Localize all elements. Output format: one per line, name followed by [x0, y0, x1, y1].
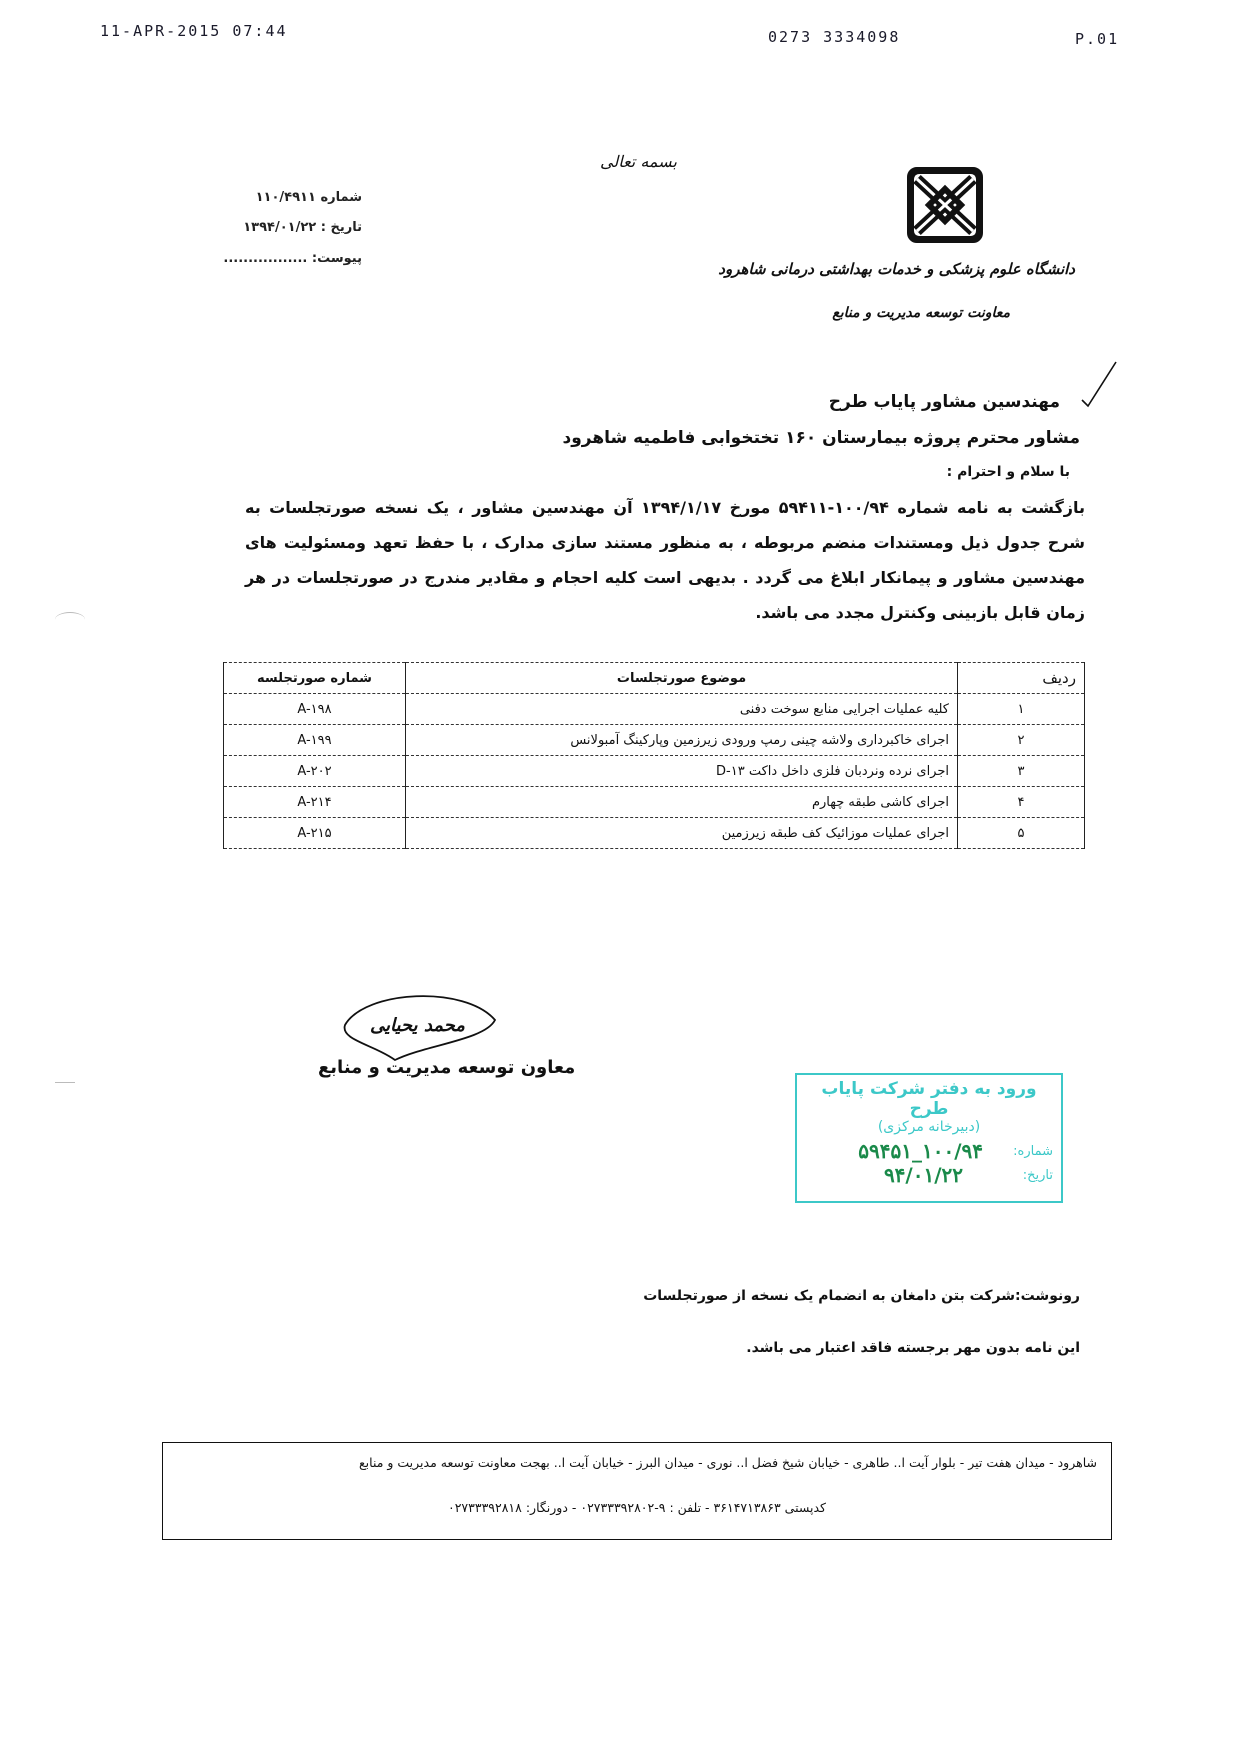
- stamp-title: ورود به دفتر شرکت پایاب طرح: [805, 1079, 1053, 1119]
- letter-date-row: تاریخ : ۱۳۹۴/۰۱/۲۲: [243, 220, 362, 235]
- fax-page-number: P.01: [1075, 30, 1119, 48]
- invocation: بسمه تعالی: [600, 152, 677, 171]
- header-index: ردیف: [958, 663, 1085, 694]
- fax-datetime: 11-APR-2015 07:44: [100, 22, 288, 40]
- received-stamp: ورود به دفتر شرکت پایاب طرح (دبیرخانه مر…: [795, 1073, 1063, 1203]
- signatory-title: معاون توسعه مدیریت و منابع: [318, 1057, 575, 1078]
- row-subject: اجرای عملیات موزائیک کف طبقه زیرزمین: [406, 818, 958, 849]
- department-name: معاونت توسعه مدیریت و منابع: [832, 305, 1010, 321]
- stamp-date-value: ۹۴/۰۱/۲۲: [884, 1163, 963, 1187]
- letter-date-value: ۱۳۹۴/۰۱/۲۲: [243, 220, 316, 235]
- check-mark-icon: [1080, 360, 1120, 410]
- attachment-label: پیوست:: [312, 251, 362, 266]
- minutes-table: ردیف موضوع صورتجلسات شماره صورتجلسه ۱ کل…: [223, 662, 1085, 849]
- table-row: ۴ اجرای کاشی طبقه چهارم A-۲۱۴: [224, 787, 1085, 818]
- body-paragraph: بازگشت به نامه شماره ۱۰۰/۹۴-۵۹۴۱۱ مورخ ۱…: [245, 490, 1085, 630]
- letter-number-label: شماره: [320, 190, 362, 205]
- greeting: با سلام و احترام :: [947, 464, 1070, 480]
- row-subject: اجرای نرده ونردبان فلزی داخل داکت D-۱۳: [406, 756, 958, 787]
- row-subject: کلیه عملیات اجرایی منابع سوخت دفنی: [406, 694, 958, 725]
- footer-address-box: شاهرود - میدان هفت تیر - بلوار آیت ا.. ط…: [162, 1442, 1112, 1540]
- letter-date-label: تاریخ :: [321, 220, 362, 235]
- table-row: ۲ اجرای خاکبرداری ولاشه چینی رمپ ورودی ز…: [224, 725, 1085, 756]
- addressee-company: مهندسین مشاور پایاب طرح: [829, 392, 1060, 412]
- table-row: ۵ اجرای عملیات موزائیک کف طبقه زیرزمین A…: [224, 818, 1085, 849]
- scan-artifact: [55, 612, 85, 627]
- addressee-project: مشاور محترم پروژه بیمارستان ۱۶۰ تختخوابی…: [563, 428, 1081, 448]
- fax-phone: 0273 3334098: [768, 28, 900, 46]
- row-number: A-۲۱۵: [224, 818, 406, 849]
- footer-contact: کدپستی ۳۶۱۴۷۱۳۸۶۳ - تلفن : ۹-۰۲۷۳۳۳۹۲۸۰۲…: [177, 1500, 1097, 1515]
- row-number: A-۲۱۴: [224, 787, 406, 818]
- attachment-value: .................: [223, 251, 307, 266]
- row-index: ۱: [958, 694, 1085, 725]
- row-subject: اجرای کاشی طبقه چهارم: [406, 787, 958, 818]
- validity-note: این نامه بدون مهر برجسته فاقد اعتبار می …: [746, 1340, 1080, 1356]
- footer-address: شاهرود - میدان هفت تیر - بلوار آیت ا.. ط…: [177, 1455, 1097, 1470]
- row-number: A-۱۹۸: [224, 694, 406, 725]
- row-number: A-۱۹۹: [224, 725, 406, 756]
- row-subject: اجرای خاکبرداری ولاشه چینی رمپ ورودی زیر…: [406, 725, 958, 756]
- table-row: ۳ اجرای نرده ونردبان فلزی داخل داکت D-۱۳…: [224, 756, 1085, 787]
- row-number: A-۲۰۲: [224, 756, 406, 787]
- scan-artifact: [55, 1082, 75, 1083]
- signature-name: محمد یحیایی: [370, 1015, 465, 1036]
- stamp-number-label: شماره:: [1003, 1144, 1053, 1159]
- stamp-number-value: ۱۰۰/۹۴_۵۹۴۵۱: [858, 1139, 983, 1163]
- row-index: ۳: [958, 756, 1085, 787]
- letter-number-value: ۱۱۰/۴۹۱۱: [256, 190, 316, 205]
- header-number: شماره صورتجلسه: [224, 663, 406, 694]
- university-knot-logo-icon: [905, 165, 985, 245]
- letter-number-row: شماره ۱۱۰/۴۹۱۱: [256, 190, 362, 205]
- row-index: ۴: [958, 787, 1085, 818]
- stamp-date-label: تاریخ:: [1003, 1168, 1053, 1183]
- cc-line: رونوشت:شرکت بتن دامغان به انضمام یک نسخه…: [643, 1288, 1080, 1304]
- row-index: ۵: [958, 818, 1085, 849]
- row-index: ۲: [958, 725, 1085, 756]
- university-name: دانشگاه علوم پزشکی و خدمات بهداشتی درمان…: [718, 260, 1075, 278]
- table-row: ۱ کلیه عملیات اجرایی منابع سوخت دفنی A-۱…: [224, 694, 1085, 725]
- attachment-row: پیوست: .................: [223, 251, 362, 266]
- stamp-subtitle: (دبیرخانه مرکزی): [805, 1119, 1053, 1135]
- table-header-row: ردیف موضوع صورتجلسات شماره صورتجلسه: [224, 663, 1085, 694]
- header-subject: موضوع صورتجلسات: [406, 663, 958, 694]
